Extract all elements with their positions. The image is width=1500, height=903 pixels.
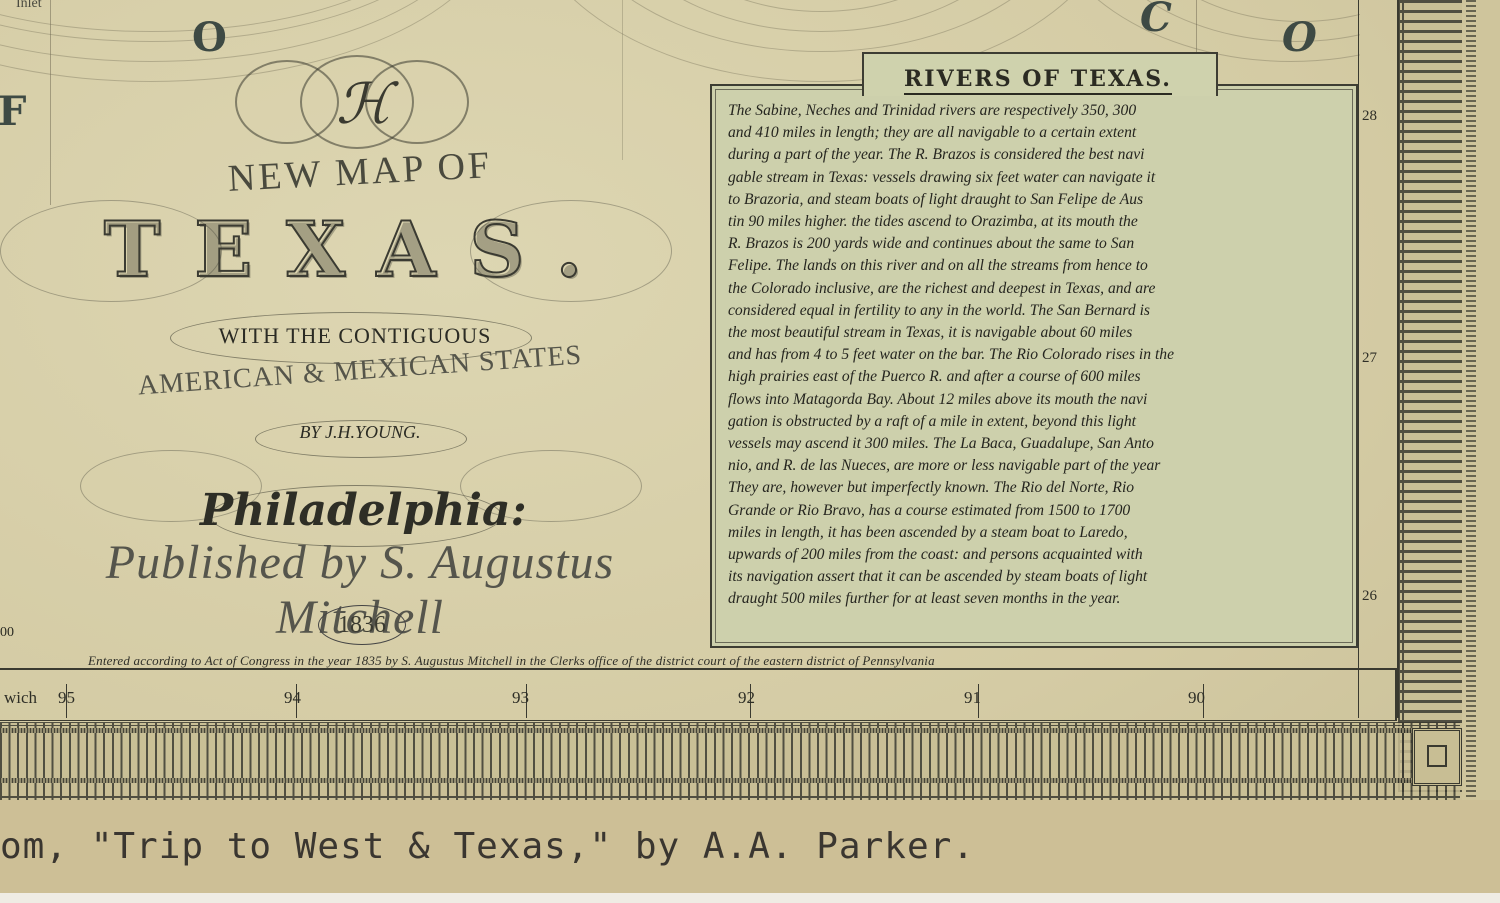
text-line: nio, and R. de las Nueces, are more or l…	[728, 455, 1348, 477]
longitude-label: 94	[284, 688, 301, 708]
sea-letter: O	[1282, 14, 1317, 61]
text-line: and has from 4 to 5 feet water on the ba…	[728, 344, 1348, 366]
text-line: and 410 miles in length; they are all na…	[728, 122, 1348, 144]
longitude-label: 92	[738, 688, 755, 708]
longitude-prefix: wich	[4, 688, 37, 708]
meridian-line	[1196, 0, 1197, 55]
longitude-label: 90	[1188, 688, 1205, 708]
latitude-label: 27	[1362, 350, 1377, 367]
text-line: gable stream in Texas: vessels drawing s…	[728, 167, 1348, 189]
border-corner-ornament	[1412, 728, 1462, 786]
title-texas: TEXAS.	[80, 205, 640, 294]
latitude-label: 26	[1362, 588, 1377, 605]
longitude-label: 93	[512, 688, 529, 708]
rivers-description: The Sabine, Neches and Trinidad rivers a…	[728, 100, 1348, 611]
decorative-border-right	[1398, 0, 1472, 792]
publication-city: Philadelphia:	[200, 485, 500, 536]
text-line: its navigation assert that it can be asc…	[728, 566, 1348, 588]
decorative-border-bottom	[0, 722, 1460, 802]
monogram-h: ℋ	[336, 72, 391, 137]
text-line: the most beautiful stream in Texas, it i…	[728, 322, 1348, 344]
text-line: vessels may ascend it 300 miles. The La …	[728, 433, 1348, 455]
rivers-title: RIVERS OF TEXAS.	[862, 66, 1214, 92]
longitude-label: 95	[58, 688, 75, 708]
text-line: tin 90 miles higher. the tides ascend to…	[728, 211, 1348, 233]
sea-letter: O	[192, 14, 227, 61]
text-line: They are, however but imperfectly known.…	[728, 477, 1348, 499]
text-line: during a part of the year. The R. Brazos…	[728, 144, 1348, 166]
margin-number: 00	[0, 625, 14, 641]
text-line: upwards of 200 miles from the coast: and…	[728, 544, 1348, 566]
text-line: flows into Matagorda Bay. About 12 miles…	[728, 389, 1348, 411]
text-line: Grande or Rio Bravo, has a course estima…	[728, 500, 1348, 522]
text-line: high prairies east of the Puerco R. and …	[728, 366, 1348, 388]
subtitle-contiguous: WITH THE CONTIGUOUS	[190, 323, 520, 349]
text-line: gation is obstructed by a raft of a mile…	[728, 411, 1348, 433]
text-line: Felipe. The lands on this river and on a…	[728, 255, 1348, 277]
sea-letter: F	[0, 88, 26, 135]
scan-edge	[0, 893, 1500, 903]
author-credit: BY J.H.YOUNG.	[255, 422, 465, 443]
text-line: the Colorado inclusive, are the richest …	[728, 278, 1348, 300]
meridian-line	[622, 0, 623, 160]
inlet-label: Inlet	[16, 0, 42, 12]
meridian-line	[50, 0, 51, 205]
text-line: draught 500 miles further for at least s…	[728, 588, 1348, 610]
text-line: to Brazoria, and steam boats of light dr…	[728, 189, 1348, 211]
longitude-label: 91	[964, 688, 981, 708]
text-line: miles in length, it has been ascended by…	[728, 522, 1348, 544]
outer-border-edge	[1462, 0, 1500, 800]
latitude-label: 28	[1362, 108, 1377, 125]
copyright-notice: Entered according to Act of Congress in …	[88, 653, 1348, 669]
text-line: The Sabine, Neches and Trinidad rivers a…	[728, 100, 1348, 122]
text-line: considered equal in fertility to any in …	[728, 300, 1348, 322]
publication-year: 1836	[318, 605, 406, 645]
sea-letter: C	[1140, 0, 1172, 41]
typed-caption: om, "Trip to West & Texas," by A.A. Park…	[0, 826, 975, 867]
text-line: R. Brazos is 200 yards wide and continue…	[728, 233, 1348, 255]
